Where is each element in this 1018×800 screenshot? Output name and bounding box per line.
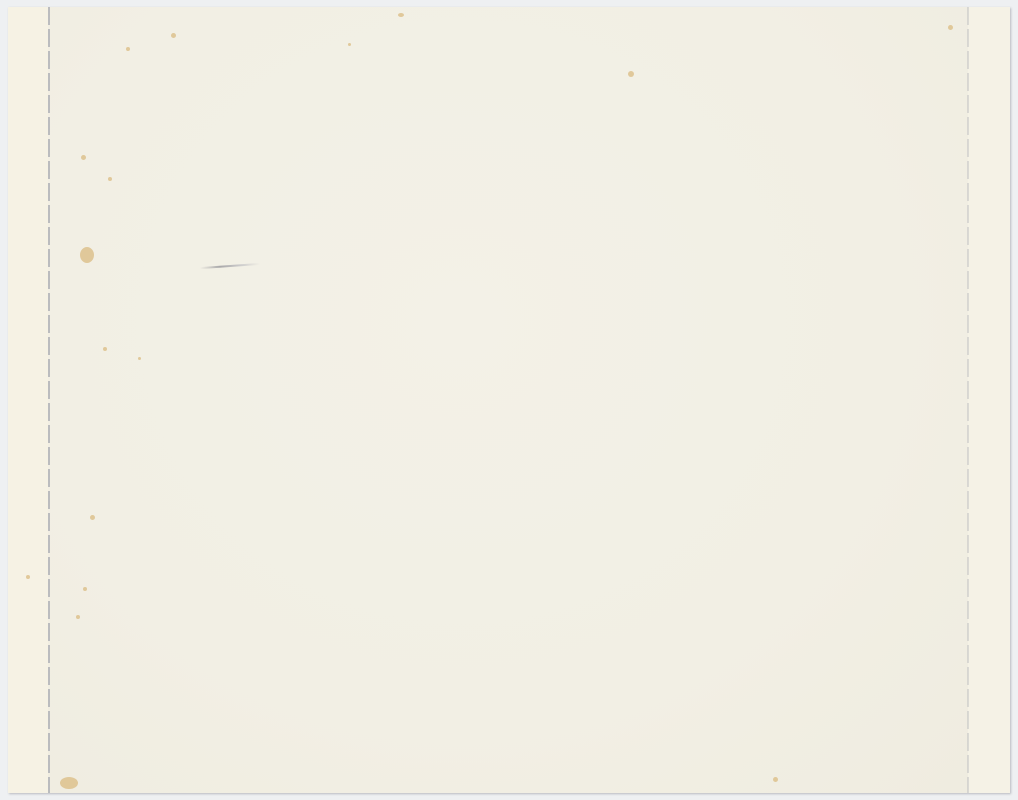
stain-spot <box>628 71 634 77</box>
stain-spot <box>90 515 95 520</box>
stain-spot <box>76 615 80 619</box>
stain-spot <box>398 13 404 17</box>
stain-spot <box>948 25 953 30</box>
stain-spot <box>171 33 176 38</box>
stain-spot <box>80 247 94 263</box>
paper-card <box>8 7 1010 793</box>
stain-spot <box>103 347 107 351</box>
right-spine-panel <box>968 7 1010 793</box>
left-spine-panel <box>8 7 48 793</box>
stain-spot <box>773 777 778 782</box>
right-perforation-line <box>967 7 969 793</box>
stain-spot <box>60 777 78 789</box>
stain-spot <box>126 47 130 51</box>
stain-spot <box>26 575 30 579</box>
stain-spot <box>108 177 112 181</box>
stain-spot <box>138 357 141 360</box>
stain-spot <box>81 155 86 160</box>
stain-spot <box>348 43 351 46</box>
main-panel <box>48 7 968 793</box>
left-perforation-line <box>48 7 50 793</box>
stain-spot <box>83 587 87 591</box>
